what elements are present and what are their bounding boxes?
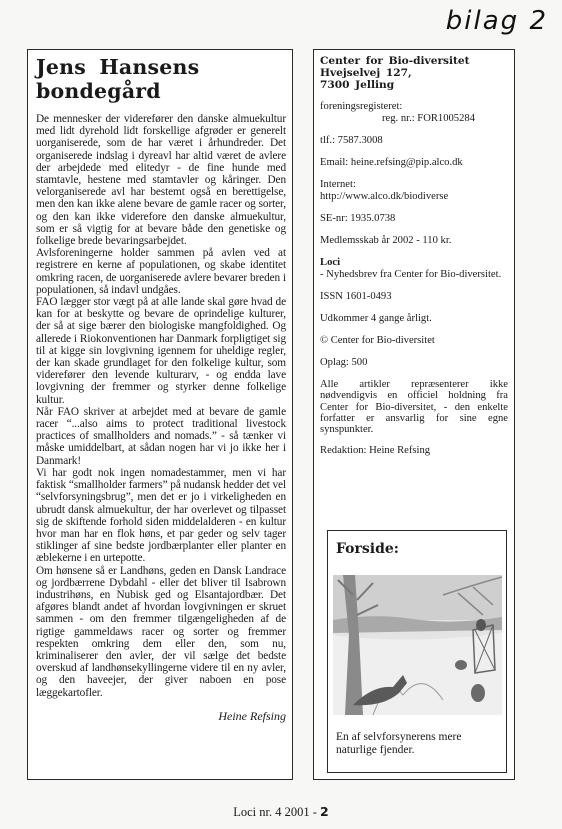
email[interactable]: Email: heine.refsing@pip.alco.dk [320,157,508,169]
page-number: 2 [320,804,329,819]
frequency: Udkommer 4 gange årligt. [320,313,508,325]
editor: Redaktion: Heine Refsing [320,445,508,457]
org-name: Center for Bio-diversitet [320,55,508,67]
handwritten-annotation: bilag 2 [446,6,548,36]
article-body: De mennesker der viderefører den danske … [36,113,286,699]
page-footer: Loci nr. 4 2001 - 2 [0,804,562,820]
article-paragraph: De mennesker der viderefører den danske … [36,113,286,247]
article-paragraph: Om hønsene så er Landhøns, geden en Dans… [36,565,286,699]
article-title: Jens Hansens bondegård [36,55,286,103]
registry-block: foreningsregisteret: reg. nr.: FOR100528… [320,101,508,125]
fox-winter-drawing-icon [333,575,502,715]
article-paragraph: FAO lægger stor vægt på at alle lande sk… [36,296,286,406]
article-paragraph: Vi har godt nok ingen nomadestammer, men… [36,467,286,565]
newsletter-name: Loci [320,257,508,269]
circulation: Oplag: 500 [320,357,508,369]
publication-issue: Loci nr. 4 2001 - [233,805,320,819]
cover-heading: Forside: [336,543,501,555]
org-address: Center for Bio-diversitet Hvejselvej 127… [320,55,508,91]
registry-label: foreningsregisteret: [320,101,508,113]
registry-number: reg. nr.: FOR1005284 [320,113,508,125]
se-number: SE-nr: 1935.0738 [320,213,508,225]
internet-label: Internet: [320,179,508,191]
org-city: 7300 Jelling [320,79,508,91]
cover-caption: En af selvforsynerens mere naturlige fje… [336,731,501,756]
disclaimer: Alle artikler repræsenterer ikke nødvend… [320,379,508,435]
article-signature: Heine Refsing [36,709,286,724]
copyright: © Center for Bio-diversitet [320,335,508,347]
membership-fee: Medlemsskab år 2002 - 110 kr. [320,235,508,247]
newsletter-desc: - Nyhedsbrev fra Center for Bio-diversit… [320,269,508,281]
internet-block: Internet: http://www.alco.dk/biodiverse [320,179,508,203]
org-street: Hvejselvej 127, [320,67,508,79]
issn: ISSN 1601-0493 [320,291,508,303]
cover-illustration [333,575,502,715]
phone: tlf.: 7587.3008 [320,135,508,147]
article-paragraph: Avlsforeningerne holder sammen på avlen … [36,247,286,296]
masthead-box: Center for Bio-diversitet Hvejselvej 127… [313,49,515,780]
article-paragraph: Når FAO skriver at arbejdet med at bevar… [36,406,286,467]
cover-box: Forside: En af selvforsynerens mere natu… [327,530,507,773]
internet-url[interactable]: http://www.alco.dk/biodiverse [320,191,508,203]
newsletter-block: Loci - Nyhedsbrev fra Center for Bio-div… [320,257,508,281]
article-box: Jens Hansens bondegård De mennesker der … [27,49,293,780]
